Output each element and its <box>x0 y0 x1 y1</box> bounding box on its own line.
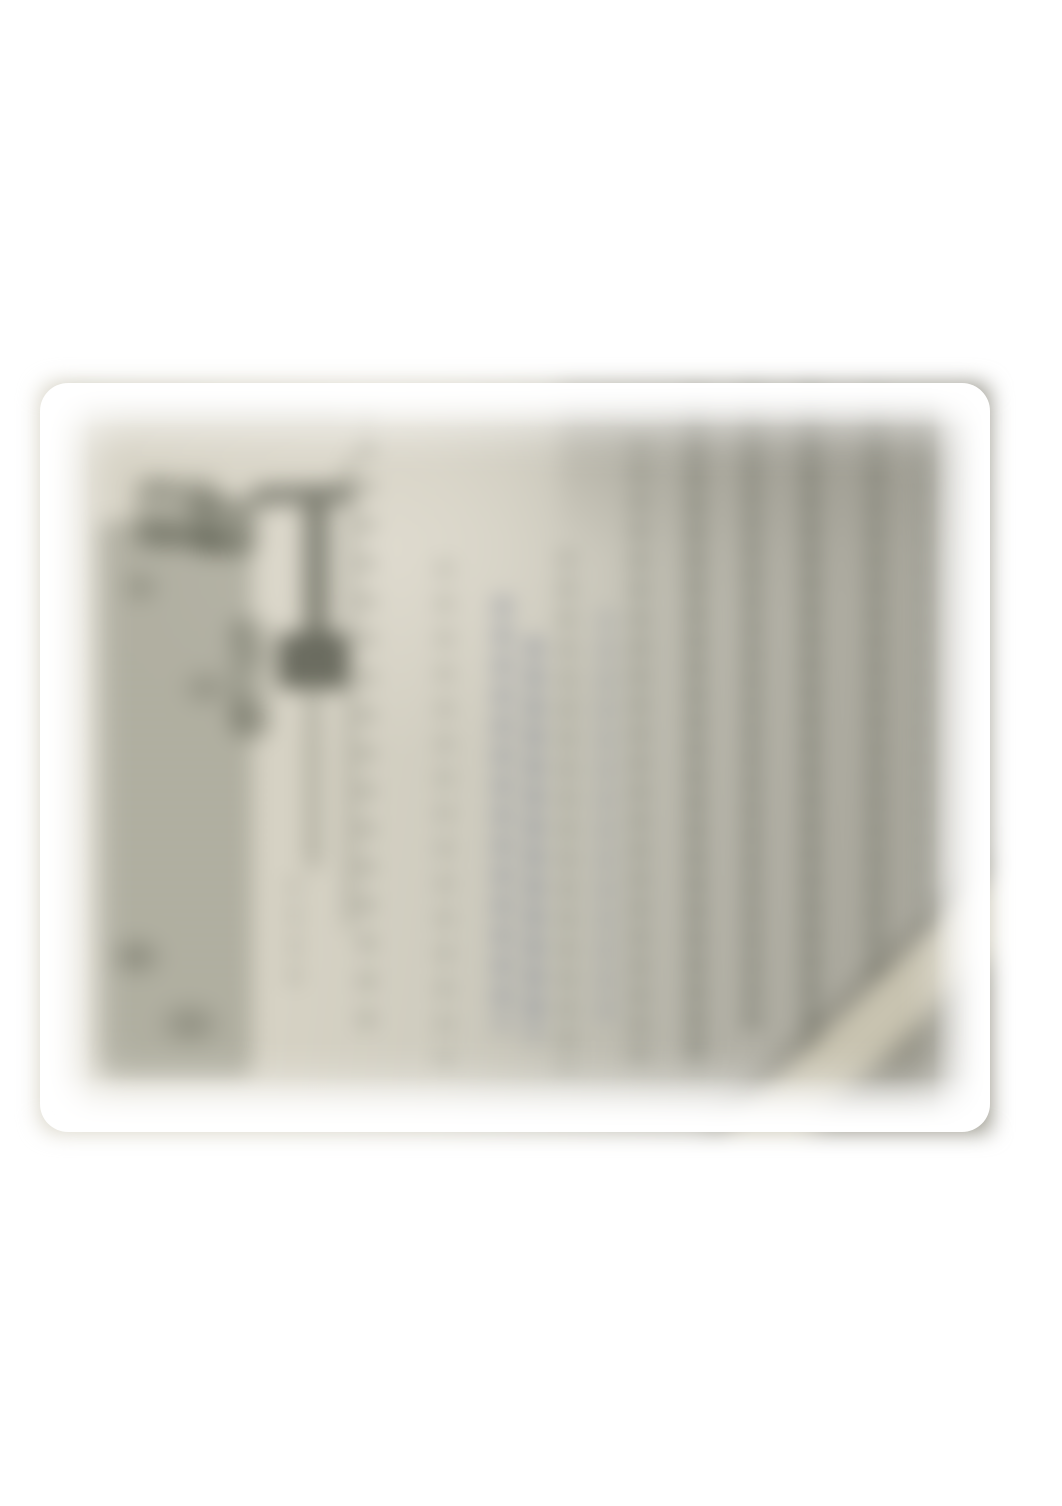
white-feathered-vignette <box>40 383 990 1132</box>
page-background <box>0 0 1062 1506</box>
blurred-photo-of-handwritten-page <box>40 383 990 1132</box>
